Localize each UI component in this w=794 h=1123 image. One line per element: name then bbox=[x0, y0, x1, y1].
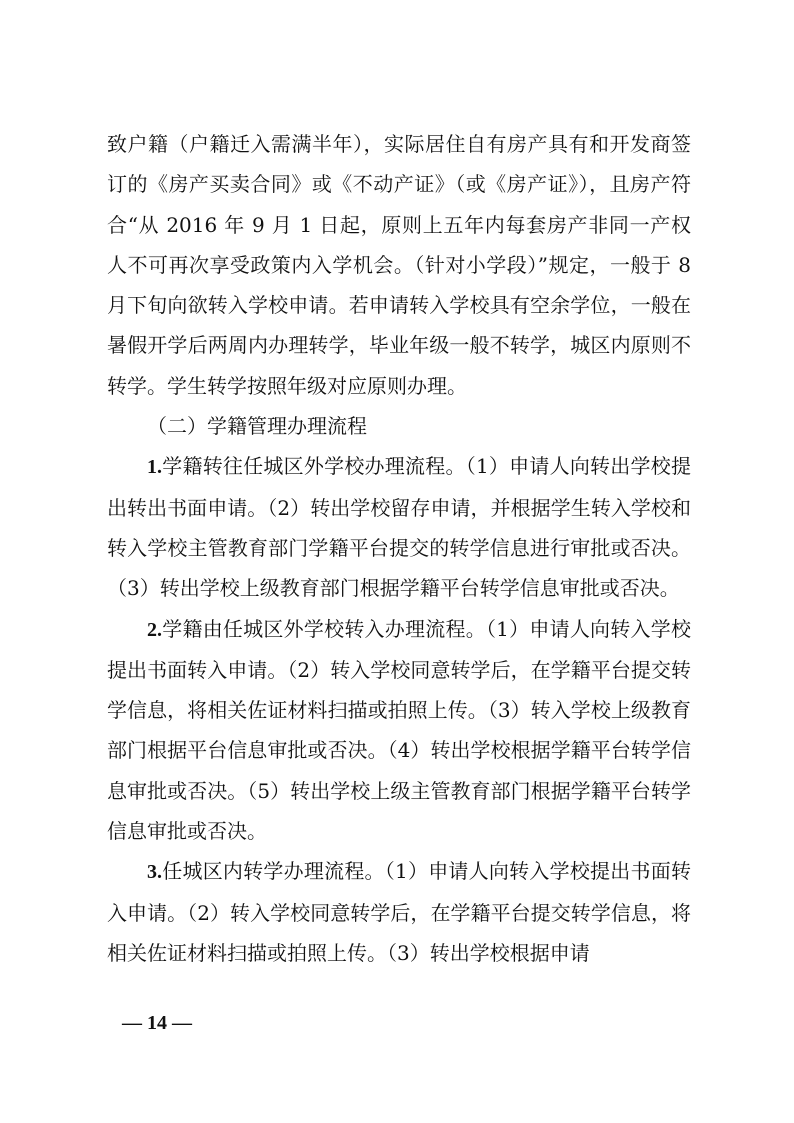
paragraph-residence-conditions: 致户籍（户籍迁入需满半年），实际居住自有房产具有和开发商签订的《房产买卖合同》或… bbox=[107, 124, 691, 406]
paragraph-transfer-out-process: 1.学籍转往任城区外学校办理流程。（1）申请人向转出学校提出转出书面申请。（2）… bbox=[107, 446, 691, 608]
item-number: 2. bbox=[147, 619, 162, 641]
page-number: — 14 — bbox=[122, 1012, 192, 1035]
section-heading-registration-process: （二）学籍管理办理流程 bbox=[107, 406, 691, 446]
paragraph-transfer-in-process: 2.学籍由任城区外学校转入办理流程。（1）申请人向转入学校提出书面转入申请。（2… bbox=[107, 609, 691, 852]
paragraph-intra-district-process: 3.任城区内转学办理流程。（1）申请人向转入学校提出书面转入申请。（2）转入学校… bbox=[107, 851, 691, 973]
paragraph-text: 学籍由任城区外学校转入办理流程。（1）申请人向转入学校提出书面转入申请。（2）转… bbox=[107, 617, 691, 843]
document-page: 致户籍（户籍迁入需满半年），实际居住自有房产具有和开发商签订的《房产买卖合同》或… bbox=[107, 124, 691, 973]
item-number: 3. bbox=[147, 861, 162, 883]
item-number: 1. bbox=[147, 456, 162, 478]
paragraph-text: 学籍转往任城区外学校办理流程。（1）申请人向转出学校提出转出书面申请。（2）转出… bbox=[107, 454, 691, 600]
paragraph-text: 任城区内转学办理流程。（1）申请人向转入学校提出书面转入申请。（2）转入学校同意… bbox=[107, 859, 691, 965]
